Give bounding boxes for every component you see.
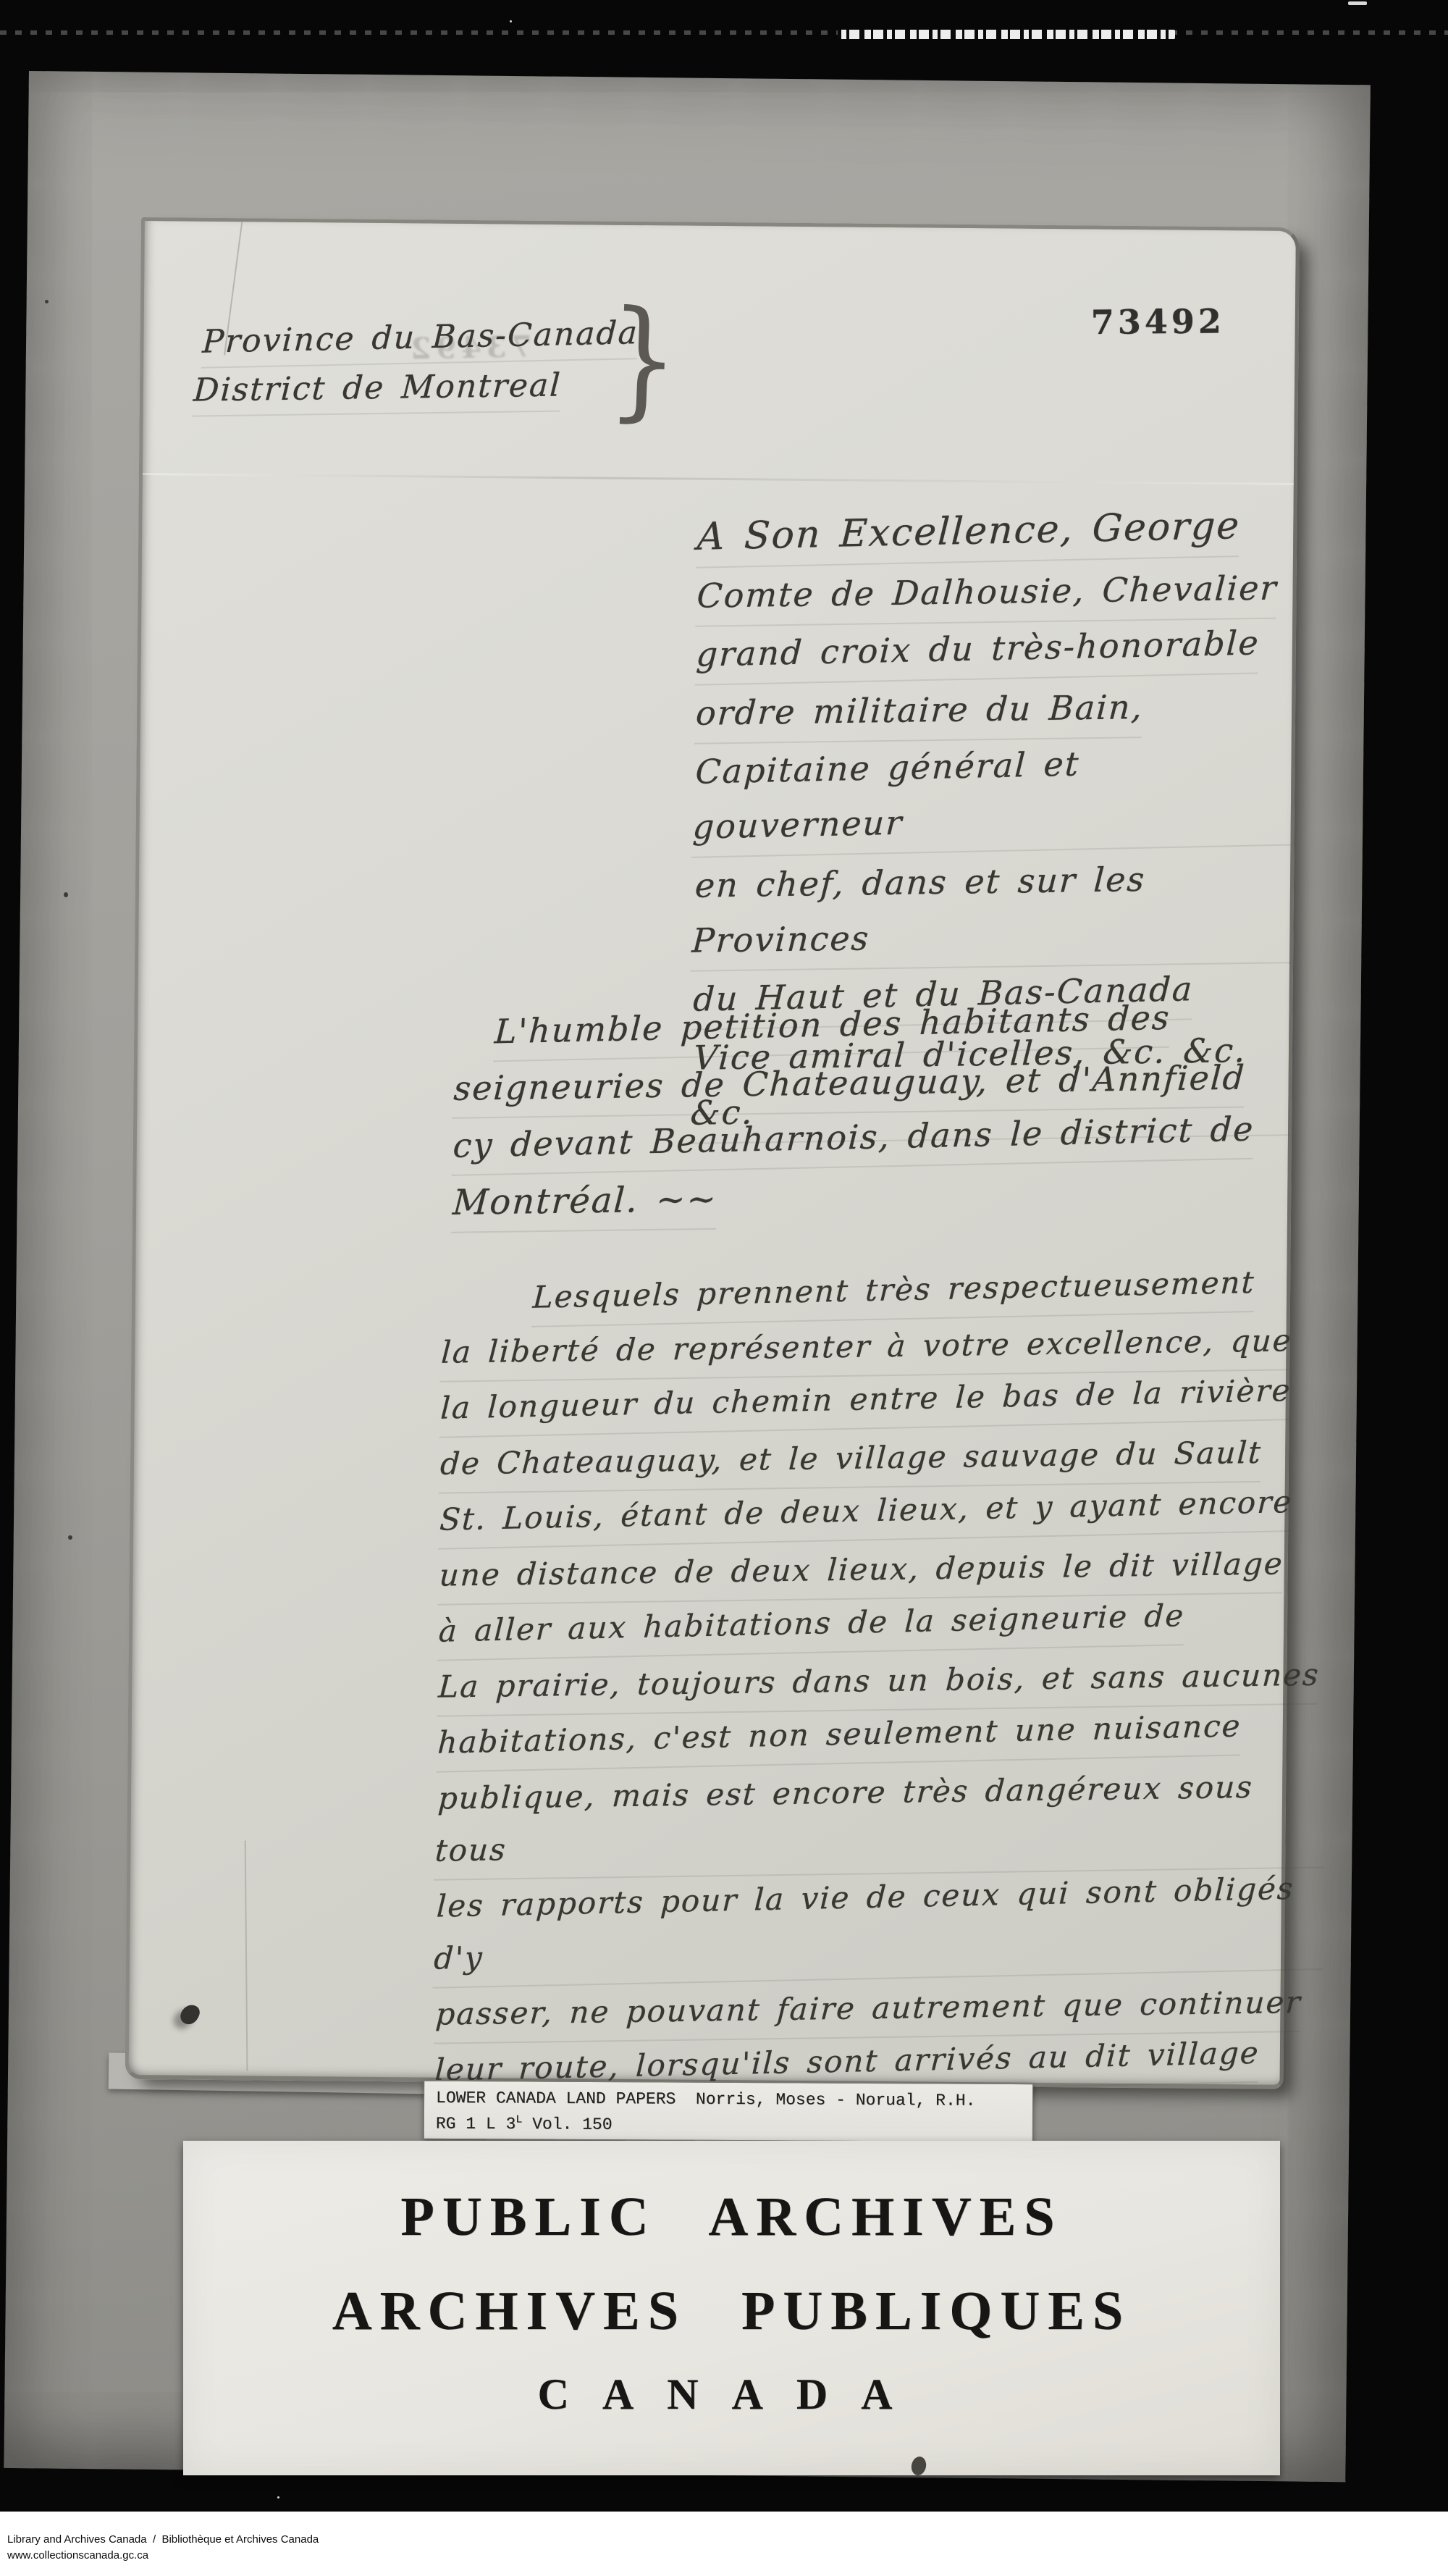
footer-url: www.collectionscanada.gc.ca <box>7 2549 148 2562</box>
address-line: Capitaine général et gouverneur <box>693 731 1296 857</box>
film-barcode-strip <box>838 30 1175 39</box>
reference-label-line1: LOWER CANADA LAND PAPERS Norris, Moses -… <box>436 2087 1032 2112</box>
heading-line: District de Montreal <box>193 362 639 417</box>
archives-card-line3: CANADA <box>183 2370 1280 2420</box>
body-line: les rapports pour la vie de ceux qui son… <box>434 1862 1327 1989</box>
film-edge-dashes <box>0 30 1448 35</box>
reference-label-line2: RG 1 L 3L Vol. 150 <box>436 2109 1032 2138</box>
heading-brace: } <box>605 282 681 436</box>
petition-title-block: L'humble petition des habitants des seig… <box>453 1004 1310 1241</box>
petition-body-block: Lesquels prennent très respectueusement … <box>435 1271 1333 2108</box>
ink-blot <box>177 2002 202 2028</box>
address-line: A Son Excellence, George <box>696 497 1299 568</box>
archives-card: PUBLIC ARCHIVES ARCHIVES PUBLIQUES CANAD… <box>183 2141 1280 2475</box>
archives-card-line2: ARCHIVES PUBLIQUES <box>183 2280 1280 2343</box>
speck <box>45 300 49 303</box>
address-line: en chef, dans et sur les Provinces <box>693 849 1295 972</box>
speck <box>277 2496 279 2499</box>
speck <box>64 892 68 897</box>
ink-blot <box>910 2455 928 2477</box>
speck <box>68 1535 72 1540</box>
archive-number-stamp: 73492 <box>1091 301 1226 342</box>
page-fold-crease <box>143 473 1294 485</box>
archives-card-line1: PUBLIC ARCHIVES <box>183 2186 1280 2249</box>
petition-line: Montréal. ~~ <box>452 1164 1308 1233</box>
speck <box>1348 1 1367 5</box>
reference-label: LOWER CANADA LAND PAPERS Norris, Moses -… <box>424 2080 1033 2142</box>
footer-attribution: Library and Archives Canada / Bibliothèq… <box>7 2533 319 2546</box>
page-crease <box>245 1840 248 2071</box>
footer-strip: Library and Archives Canada / Bibliothèq… <box>0 2512 1448 2576</box>
petition-page: 73492 73492 Province du Bas-Canada Distr… <box>125 217 1300 2089</box>
heading-line: Province du Bas-Canada <box>202 311 639 369</box>
document-heading: Province du Bas-Canada District de Montr… <box>194 320 640 421</box>
address-line: grand croix du très-honorable <box>696 614 1298 685</box>
body-line: publique, mais est encore très dangéreux… <box>436 1760 1328 1880</box>
speck <box>510 20 512 22</box>
microfilm-scan: 73492 73492 Province du Bas-Canada Distr… <box>0 0 1448 2576</box>
